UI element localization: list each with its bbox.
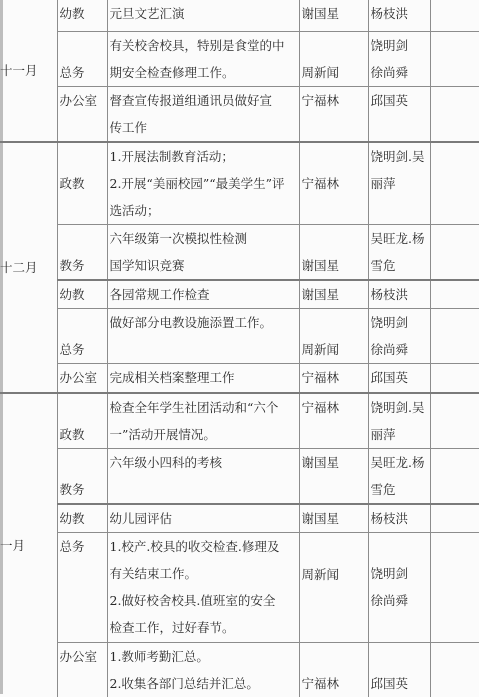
staff-cell: 饶明剑徐尚舜 bbox=[368, 309, 430, 364]
department-cell: 幼教 bbox=[57, 504, 107, 533]
leader-cell: 周新闻 bbox=[299, 532, 368, 642]
staff-name: 丽萍 bbox=[371, 421, 428, 448]
staff-name: 饶明剑 bbox=[371, 560, 428, 587]
staff-name: 徐尚舜 bbox=[371, 587, 428, 614]
department-cell: 幼教 bbox=[57, 280, 107, 309]
month-label: 一月 bbox=[0, 538, 25, 553]
leader-cell: 周新闻 bbox=[299, 309, 368, 364]
table-row: 教务 六年级第一次模拟性检测国学知识竞赛 谢国星 吴旺龙.杨雪危 bbox=[0, 224, 479, 280]
content-line: 选活动； bbox=[110, 197, 297, 224]
department-label: 政教 bbox=[60, 176, 85, 191]
content-line: 六年级小四科的考核 bbox=[110, 449, 297, 476]
table-row: 总务 有关校舍校具，特别是食堂的中期安全检查修理工作。 周新闻 饶明剑徐尚舜 bbox=[0, 31, 479, 86]
staff-name: 徐尚舜 bbox=[371, 336, 428, 363]
leader-name: 谢国星 bbox=[302, 258, 340, 273]
department-label: 教务 bbox=[60, 258, 85, 273]
leader-cell: 谢国星 bbox=[299, 504, 368, 533]
month-label: 十二月 bbox=[0, 260, 38, 275]
content-line: 传工作 bbox=[110, 114, 297, 141]
staff-cell: 饶明剑.吴丽萍 bbox=[368, 142, 430, 225]
department-label: 总务 bbox=[60, 342, 85, 357]
content-line: 有关结束工作。 bbox=[110, 560, 297, 587]
staff-cell: 邱国英 bbox=[368, 642, 430, 697]
notes-cell bbox=[430, 504, 479, 533]
table-row: 幼教 各园常规工作检查 谢国星 杨枝洪 bbox=[0, 280, 479, 309]
department-cell: 教务 bbox=[57, 448, 107, 504]
leader-name: 周新闻 bbox=[302, 65, 340, 80]
content-cell: 各园常规工作检查 bbox=[107, 280, 299, 309]
staff-name: 饶明剑 bbox=[371, 32, 428, 59]
department-label: 教务 bbox=[60, 482, 85, 497]
department-label: 政教 bbox=[60, 427, 85, 442]
leader-cell: 周新闻 bbox=[299, 31, 368, 86]
content-cell: 1.校产.校具的收交检查.修理及有关结束工作。2.做好校舍校具.值班室的安全检查… bbox=[107, 532, 299, 642]
department-label: 总务 bbox=[60, 65, 85, 80]
content-cell: 六年级小四科的考核 bbox=[107, 448, 299, 504]
department-cell: 总务 bbox=[57, 309, 107, 364]
content-cell: 幼儿园评估 bbox=[107, 504, 299, 533]
notes-cell bbox=[430, 532, 479, 642]
content-line: 各园常规工作检查 bbox=[110, 281, 297, 308]
leader-cell: 宁福林 bbox=[299, 642, 368, 697]
notes-cell bbox=[430, 142, 479, 225]
leader-name: 周新闻 bbox=[302, 567, 340, 582]
staff-name: 邱国英 bbox=[371, 670, 428, 697]
leader-cell: 宁福林 bbox=[299, 86, 368, 142]
work-plan-table: 十一月 幼教 元旦文艺汇演 谢国星 杨枝洪 总务 有关校舍校具，特别是食堂的中期… bbox=[0, 0, 479, 697]
month-cell: 一月 bbox=[0, 393, 57, 697]
leader-name: 周新闻 bbox=[302, 342, 340, 357]
content-line: 六年级第一次模拟性检测 bbox=[110, 225, 297, 252]
staff-cell: 杨枝洪 bbox=[368, 280, 430, 309]
content-line: 督查宣传报道组通讯员做好宣 bbox=[110, 87, 297, 114]
staff-cell: 饶明剑徐尚舜 bbox=[368, 532, 430, 642]
leader-name: 宁福林 bbox=[302, 93, 340, 108]
notes-cell bbox=[430, 224, 479, 280]
department-label: 幼教 bbox=[60, 287, 85, 302]
month-cell: 十一月 bbox=[0, 0, 57, 142]
department-label: 总务 bbox=[60, 539, 85, 554]
table-row: 十二月 政教 1.开展法制教育活动；2.开展“美丽校园”“最美学生”评选活动； … bbox=[0, 142, 479, 225]
content-line: 2.开展“美丽校园”“最美学生”评 bbox=[110, 170, 297, 197]
content-cell: 六年级第一次模拟性检测国学知识竞赛 bbox=[107, 224, 299, 280]
notes-cell bbox=[430, 31, 479, 86]
table-row: 办公室 完成相关档案整理工作 宁福林 邱国英 bbox=[0, 364, 479, 393]
staff-cell: 吴旺龙.杨雪危 bbox=[368, 224, 430, 280]
table-row: 十一月 幼教 元旦文艺汇演 谢国星 杨枝洪 bbox=[0, 0, 479, 31]
notes-cell bbox=[430, 309, 479, 364]
content-line: 检查工作，过好春节。 bbox=[110, 614, 297, 641]
month-cell: 十二月 bbox=[0, 142, 57, 393]
staff-name: 雪危 bbox=[371, 252, 428, 279]
content-cell: 检查全年学生社团活动和“六个一”活动开展情况。 bbox=[107, 393, 299, 449]
content-line: 1.校产.校具的收交检查.修理及 bbox=[110, 533, 297, 560]
content-line: 有关校舍校具，特别是食堂的中 bbox=[110, 32, 297, 59]
content-line: 元旦文艺汇演 bbox=[110, 0, 297, 27]
staff-name: 吴旺龙.杨 bbox=[371, 225, 428, 252]
staff-cell: 邱国英 bbox=[368, 364, 430, 393]
staff-name: 杨枝洪 bbox=[371, 505, 428, 532]
department-label: 幼教 bbox=[60, 511, 85, 526]
content-cell: 督查宣传报道组通讯员做好宣传工作 bbox=[107, 86, 299, 142]
staff-name: 杨枝洪 bbox=[371, 281, 428, 308]
table-row: 办公室 1.教师考勤汇总。2.收集各部门总结并汇总。 宁福林 邱国英 bbox=[0, 642, 479, 697]
notes-cell bbox=[430, 642, 479, 697]
leader-cell: 谢国星 bbox=[299, 224, 368, 280]
content-line: 幼儿园评估 bbox=[110, 505, 297, 532]
department-cell: 政教 bbox=[57, 142, 107, 225]
content-line: 完成相关档案整理工作 bbox=[110, 364, 297, 391]
content-cell: 有关校舍校具，特别是食堂的中期安全检查修理工作。 bbox=[107, 31, 299, 86]
content-cell: 1.教师考勤汇总。2.收集各部门总结并汇总。 bbox=[107, 642, 299, 697]
staff-name: 邱国英 bbox=[371, 364, 428, 391]
department-label: 办公室 bbox=[60, 93, 98, 108]
department-cell: 办公室 bbox=[57, 364, 107, 393]
notes-cell bbox=[430, 393, 479, 449]
table-row: 总务 做好部分电教设施添置工作。 周新闻 饶明剑徐尚舜 bbox=[0, 309, 479, 364]
leader-cell: 宁福林 bbox=[299, 364, 368, 393]
table-row: 幼教 幼儿园评估 谢国星 杨枝洪 bbox=[0, 504, 479, 533]
table-row: 办公室 督查宣传报道组通讯员做好宣传工作 宁福林 邱国英 bbox=[0, 86, 479, 142]
leader-name: 谢国星 bbox=[302, 511, 340, 526]
department-label: 办公室 bbox=[60, 370, 98, 385]
leader-name: 宁福林 bbox=[302, 370, 340, 385]
leader-cell: 谢国星 bbox=[299, 0, 368, 31]
staff-cell: 邱国英 bbox=[368, 86, 430, 142]
notes-cell bbox=[430, 364, 479, 393]
leader-cell: 谢国星 bbox=[299, 448, 368, 504]
notes-cell bbox=[430, 280, 479, 309]
leader-name: 谢国星 bbox=[302, 455, 340, 470]
department-cell: 办公室 bbox=[57, 86, 107, 142]
department-cell: 政教 bbox=[57, 393, 107, 449]
content-line: 2.收集各部门总结并汇总。 bbox=[110, 670, 297, 697]
month-label: 十一月 bbox=[0, 63, 38, 78]
content-cell: 完成相关档案整理工作 bbox=[107, 364, 299, 393]
notes-cell bbox=[430, 86, 479, 142]
content-cell: 做好部分电教设施添置工作。 bbox=[107, 309, 299, 364]
table-row: 一月 政教 检查全年学生社团活动和“六个一”活动开展情况。 宁福林 饶明剑.吴丽… bbox=[0, 393, 479, 449]
staff-cell: 吴旺龙.杨雪危 bbox=[368, 448, 430, 504]
content-line: 一”活动开展情况。 bbox=[110, 421, 297, 448]
content-line: 2.做好校舍校具.值班室的安全 bbox=[110, 587, 297, 614]
staff-cell: 饶明剑.吴丽萍 bbox=[368, 393, 430, 449]
staff-name: 饶明剑 bbox=[371, 309, 428, 336]
leader-name: 谢国星 bbox=[302, 6, 340, 21]
leader-name: 宁福林 bbox=[302, 400, 340, 415]
department-cell: 总务 bbox=[57, 532, 107, 642]
staff-name: 邱国英 bbox=[371, 87, 428, 114]
department-cell: 教务 bbox=[57, 224, 107, 280]
content-line: 1.开展法制教育活动； bbox=[110, 143, 297, 170]
staff-name: 雪危 bbox=[371, 476, 428, 503]
table-row: 教务 六年级小四科的考核 谢国星 吴旺龙.杨雪危 bbox=[0, 448, 479, 504]
staff-name: 徐尚舜 bbox=[371, 59, 428, 86]
content-line: 做好部分电教设施添置工作。 bbox=[110, 309, 297, 336]
staff-name: 饶明剑.吴 bbox=[371, 394, 428, 421]
leader-name: 宁福林 bbox=[302, 176, 340, 191]
table-row: 总务 1.校产.校具的收交检查.修理及有关结束工作。2.做好校舍校具.值班室的安… bbox=[0, 532, 479, 642]
leader-cell: 宁福林 bbox=[299, 142, 368, 225]
staff-cell: 杨枝洪 bbox=[368, 504, 430, 533]
leader-cell: 谢国星 bbox=[299, 280, 368, 309]
content-line: 期安全检查修理工作。 bbox=[110, 59, 297, 86]
staff-cell: 饶明剑徐尚舜 bbox=[368, 31, 430, 86]
staff-name: 丽萍 bbox=[371, 170, 428, 197]
staff-name: 饶明剑.吴 bbox=[371, 143, 428, 170]
department-cell: 幼教 bbox=[57, 0, 107, 31]
notes-cell bbox=[430, 0, 479, 31]
notes-cell bbox=[430, 448, 479, 504]
content-cell: 元旦文艺汇演 bbox=[107, 0, 299, 31]
staff-name: 吴旺龙.杨 bbox=[371, 449, 428, 476]
department-label: 办公室 bbox=[60, 649, 98, 664]
department-label: 幼教 bbox=[60, 6, 85, 21]
leader-name: 宁福林 bbox=[302, 676, 340, 691]
content-cell: 1.开展法制教育活动；2.开展“美丽校园”“最美学生”评选活动； bbox=[107, 142, 299, 225]
leader-cell: 宁福林 bbox=[299, 393, 368, 449]
content-line: 国学知识竞赛 bbox=[110, 252, 297, 279]
content-line: 检查全年学生社团活动和“六个 bbox=[110, 394, 297, 421]
leader-name: 谢国星 bbox=[302, 287, 340, 302]
staff-cell: 杨枝洪 bbox=[368, 0, 430, 31]
department-cell: 办公室 bbox=[57, 642, 107, 697]
content-line: 1.教师考勤汇总。 bbox=[110, 643, 297, 670]
department-cell: 总务 bbox=[57, 31, 107, 86]
document-page: 十一月 幼教 元旦文艺汇演 谢国星 杨枝洪 总务 有关校舍校具，特别是食堂的中期… bbox=[0, 0, 479, 697]
staff-name: 杨枝洪 bbox=[371, 0, 428, 27]
